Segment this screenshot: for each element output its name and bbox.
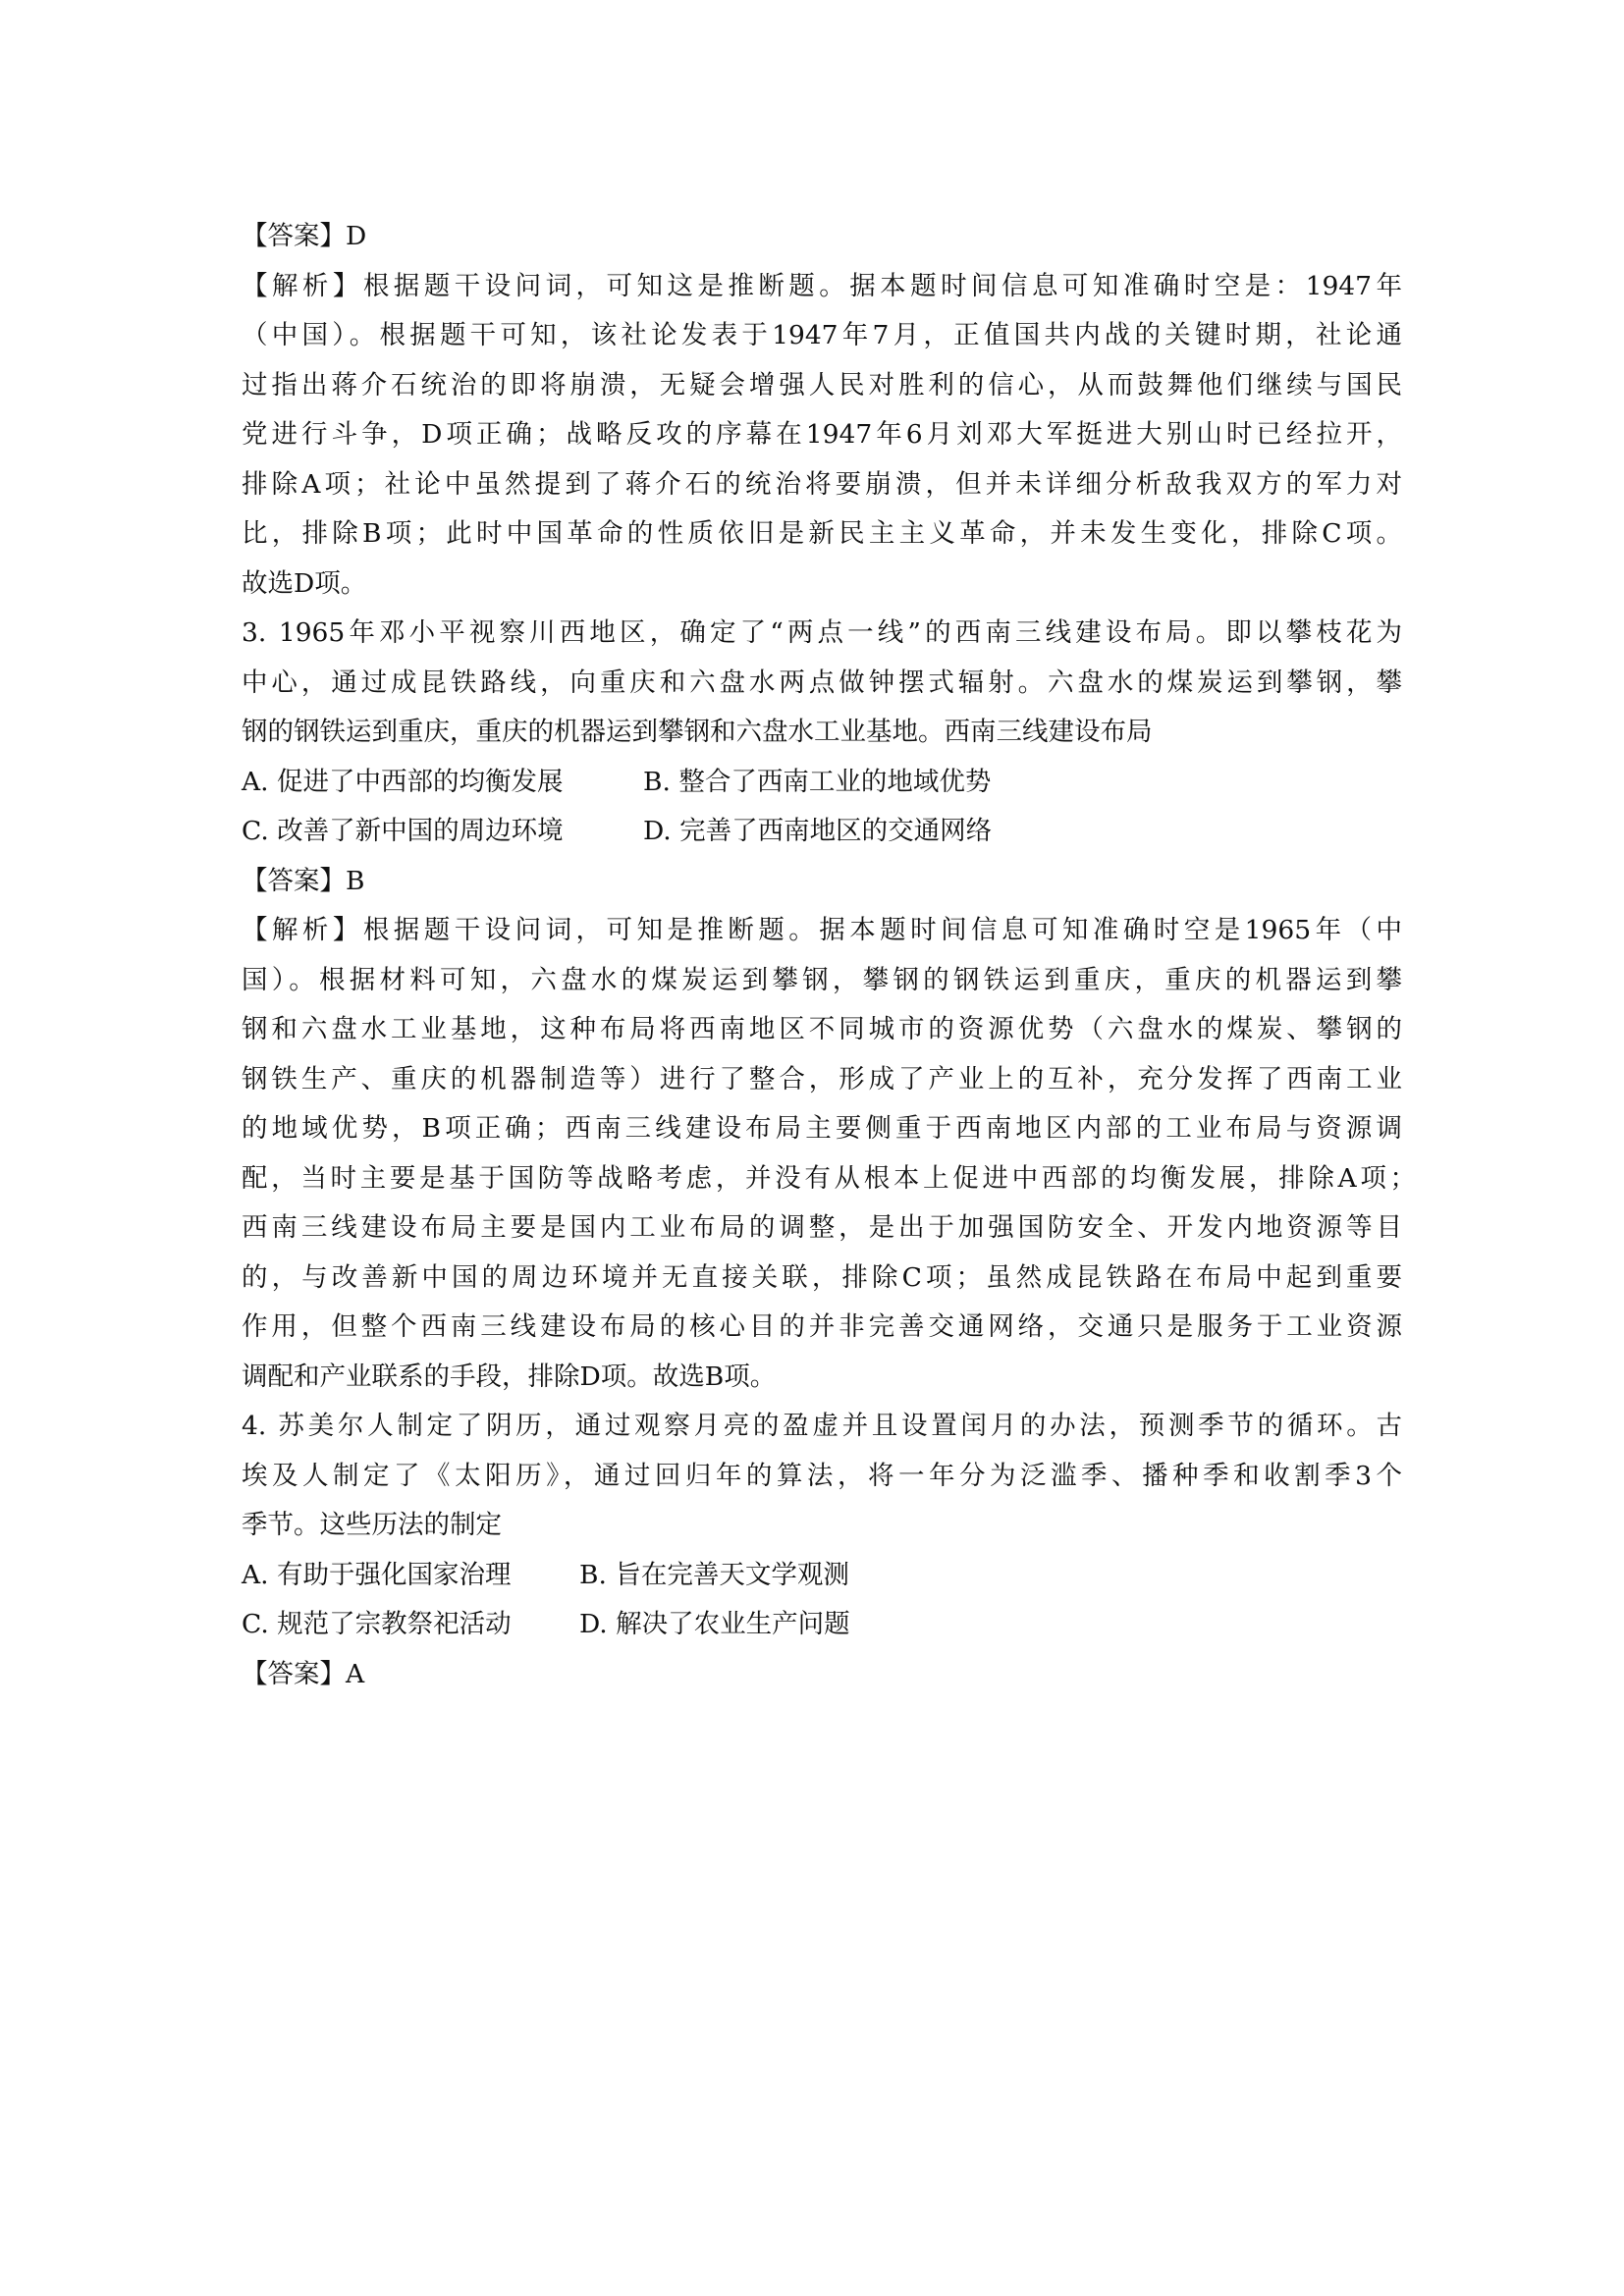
document-page: 【答案】D 【解析】根据题干设问词，可知这是推断题。据本题时间信息可知准确时空是… — [242, 212, 1402, 1699]
options-row: A. 有助于强化国家治理 B. 旨在完善天文学观测 — [242, 1551, 1402, 1601]
analysis-line: 国）。根据材料可知，六盘水的煤炭运到攀钢，攀钢的钢铁运到重庆，重庆的机器运到攀 — [242, 956, 1402, 1006]
analysis-line: （中国）。根据题干可知，该社论发表于1947年7月，正值国共内战的关键时期，社论… — [242, 311, 1402, 361]
options-row: C. 规范了宗教祭祀活动 D. 解决了农业生产问题 — [242, 1600, 1402, 1650]
answer-line: 【答案】B — [242, 857, 1402, 907]
question-stem-line: 埃及人制定了《太阳历》，通过回归年的算法，将一年分为泛滥季、播种季和收割季3个 — [242, 1452, 1402, 1502]
analysis-line: 党进行斗争，D项正确；战略反攻的序幕在1947年6月刘邓大军挺进大别山时已经拉开… — [242, 410, 1402, 460]
question-stem-line: 3. 1965年邓小平视察川西地区，确定了“两点一线”的西南三线建设布局。即以攀… — [242, 609, 1402, 659]
answer-value: D — [346, 221, 366, 251]
answer-value: B — [346, 866, 364, 896]
option-a: A. 有助于强化国家治理 — [242, 1551, 579, 1601]
analysis-line: 排除A项；社论中虽然提到了蒋介石的统治将要崩溃，但并未详细分析敌我双方的军力对 — [242, 460, 1402, 510]
question-stem-line: 钢的钢铁运到重庆，重庆的机器运到攀钢和六盘水工业基地。西南三线建设布局 — [242, 708, 1402, 758]
option-c: C. 规范了宗教祭祀活动 — [242, 1600, 579, 1650]
question-stem-line: 季节。这些历法的制定 — [242, 1501, 1402, 1551]
option-b: B. 整合了西南工业的地域优势 — [643, 758, 991, 808]
answer-tag: 【答案】 — [242, 866, 346, 896]
answer-tag: 【答案】 — [242, 1659, 346, 1689]
answer-line: 【答案】A — [242, 1650, 1402, 1700]
analysis-line: 作用，但整个西南三线建设布局的核心目的并非完善交通网络，交通只是服务于工业资源 — [242, 1303, 1402, 1353]
analysis-line: 的地域优势，B项正确；西南三线建设布局主要侧重于西南地区内部的工业布局与资源调 — [242, 1104, 1402, 1154]
analysis-line: 配，当时主要是基于国防等战略考虑，并没有从根本上促进中西部的均衡发展，排除A项； — [242, 1154, 1416, 1204]
analysis-line: 【解析】根据题干设问词，可知是推断题。据本题时间信息可知准确时空是1965年（中 — [242, 906, 1402, 956]
question-stem-line: 4. 苏美尔人制定了阴历，通过观察月亮的盈虚并且设置闰月的办法，预测季节的循环。… — [242, 1402, 1402, 1452]
analysis-line: 过指出蒋介石统治的即将崩溃，无疑会增强人民对胜利的信心，从而鼓舞他们继续与国民 — [242, 361, 1402, 411]
answer-value: A — [346, 1659, 364, 1689]
analysis-line: 西南三线建设布局主要是国内工业布局的调整，是出于加强国防安全、开发内地资源等目 — [242, 1203, 1402, 1254]
analysis-line: 故选D项。 — [242, 560, 1402, 610]
analysis-line: 调配和产业联系的手段，排除D项。故选B项。 — [242, 1353, 1402, 1403]
options-row: A. 促进了中西部的均衡发展 B. 整合了西南工业的地域优势 — [242, 758, 1402, 808]
option-a: A. 促进了中西部的均衡发展 — [242, 758, 643, 808]
answer-line: 【答案】D — [242, 212, 1402, 262]
option-c: C. 改善了新中国的周边环境 — [242, 807, 643, 857]
question-stem-line: 中心，通过成昆铁路线，向重庆和六盘水两点做钟摆式辐射。六盘水的煤炭运到攀钢，攀 — [242, 659, 1402, 709]
answer-tag: 【答案】 — [242, 221, 346, 251]
option-b: B. 旨在完善天文学观测 — [579, 1551, 849, 1601]
analysis-line: 的，与改善新中国的周边环境并无直接关联，排除C项；虽然成昆铁路在布局中起到重要 — [242, 1254, 1402, 1304]
options-row: C. 改善了新中国的周边环境 D. 完善了西南地区的交通网络 — [242, 807, 1402, 857]
option-d: D. 完善了西南地区的交通网络 — [643, 807, 992, 857]
analysis-line: 【解析】根据题干设问词，可知这是推断题。据本题时间信息可知准确时空是：1947年 — [242, 262, 1402, 312]
option-d: D. 解决了农业生产问题 — [579, 1600, 850, 1650]
analysis-line: 钢铁生产、重庆的机器制造等）进行了整合，形成了产业上的互补，充分发挥了西南工业 — [242, 1055, 1402, 1105]
analysis-line: 比，排除B项；此时中国革命的性质依旧是新民主主义革命，并未发生变化，排除C项。 — [242, 509, 1402, 560]
analysis-line: 钢和六盘水工业基地，这种布局将西南地区不同城市的资源优势（六盘水的煤炭、攀钢的 — [242, 1005, 1402, 1055]
